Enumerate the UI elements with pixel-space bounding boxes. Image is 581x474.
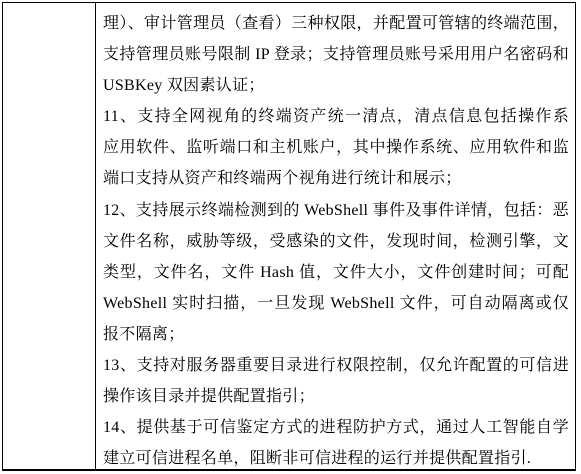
paragraph-item-14: 14、提供基于可信鉴定方式的进程防护方式，通过人工智能自学习 建立可信进程名单，… <box>103 412 569 469</box>
paragraph-item-11: 11、支持全网视角的终端资产统一清点，清点信息包括操作系统、 应用软件、监听端口… <box>103 101 569 194</box>
text-line: USBKey 双因素认证； <box>103 70 569 101</box>
text-line: 11、支持全网视角的终端资产统一清点，清点信息包括操作系统、 <box>103 101 569 132</box>
text-line: 支持管理员账号限制 IP 登录；支持管理员账号采用用户名密码和 <box>103 39 569 70</box>
text-line: 类型，文件名，文件 Hash 值，文件大小，文件创建时间；可配置 <box>103 257 569 288</box>
document-page: { "document": { "colors": { "background"… <box>0 0 581 474</box>
text-line: 应用软件、监听端口和主机账户，其中操作系统、应用软件和监听 <box>103 132 569 163</box>
table-cell-requirements: 理）、审计管理员（查看）三种权限，并配置可管辖的终端范围， 支持管理员账号限制 … <box>96 3 575 469</box>
text-line: 13、支持对服务器重要目录进行权限控制，仅允许配置的可信进程 <box>103 350 569 381</box>
text-line: WebShell 实时扫描，一旦发现 WebShell 文件，可自动隔离或仅上 <box>103 288 569 319</box>
text-line: 操作该目录并提供配置指引； <box>103 381 569 412</box>
text-line: 端口支持从资产和终端两个视角进行统计和展示； <box>103 163 569 194</box>
text-line: 14、提供基于可信鉴定方式的进程防护方式，通过人工智能自学习 <box>103 412 569 443</box>
text-line: 文件名称，威胁等级，受感染的文件，发现时间，检测引擎，文件 <box>103 226 569 257</box>
table-cell-empty <box>3 3 96 469</box>
paragraph-item-13: 13、支持对服务器重要目录进行权限控制，仅允许配置的可信进程 操作该目录并提供配… <box>103 350 569 412</box>
text-line: 理）、审计管理员（查看）三种权限，并配置可管辖的终端范围， <box>103 8 569 39</box>
requirements-table: 理）、审计管理员（查看）三种权限，并配置可管辖的终端范围， 支持管理员账号限制 … <box>2 2 576 471</box>
text-line: 报不隔离； <box>103 319 569 350</box>
text-line: 建立可信进程名单，阻断非可信进程的运行并提供配置指引. <box>103 443 569 469</box>
paragraph-item-12: 12、支持展示终端检测到的 WebShell 事件及事件详情，包括：恶意 文件名… <box>103 195 569 350</box>
text-line: 12、支持展示终端检测到的 WebShell 事件及事件详情，包括：恶意 <box>103 195 569 226</box>
paragraph-admin-roles: 理）、审计管理员（查看）三种权限，并配置可管辖的终端范围， 支持管理员账号限制 … <box>103 8 569 101</box>
